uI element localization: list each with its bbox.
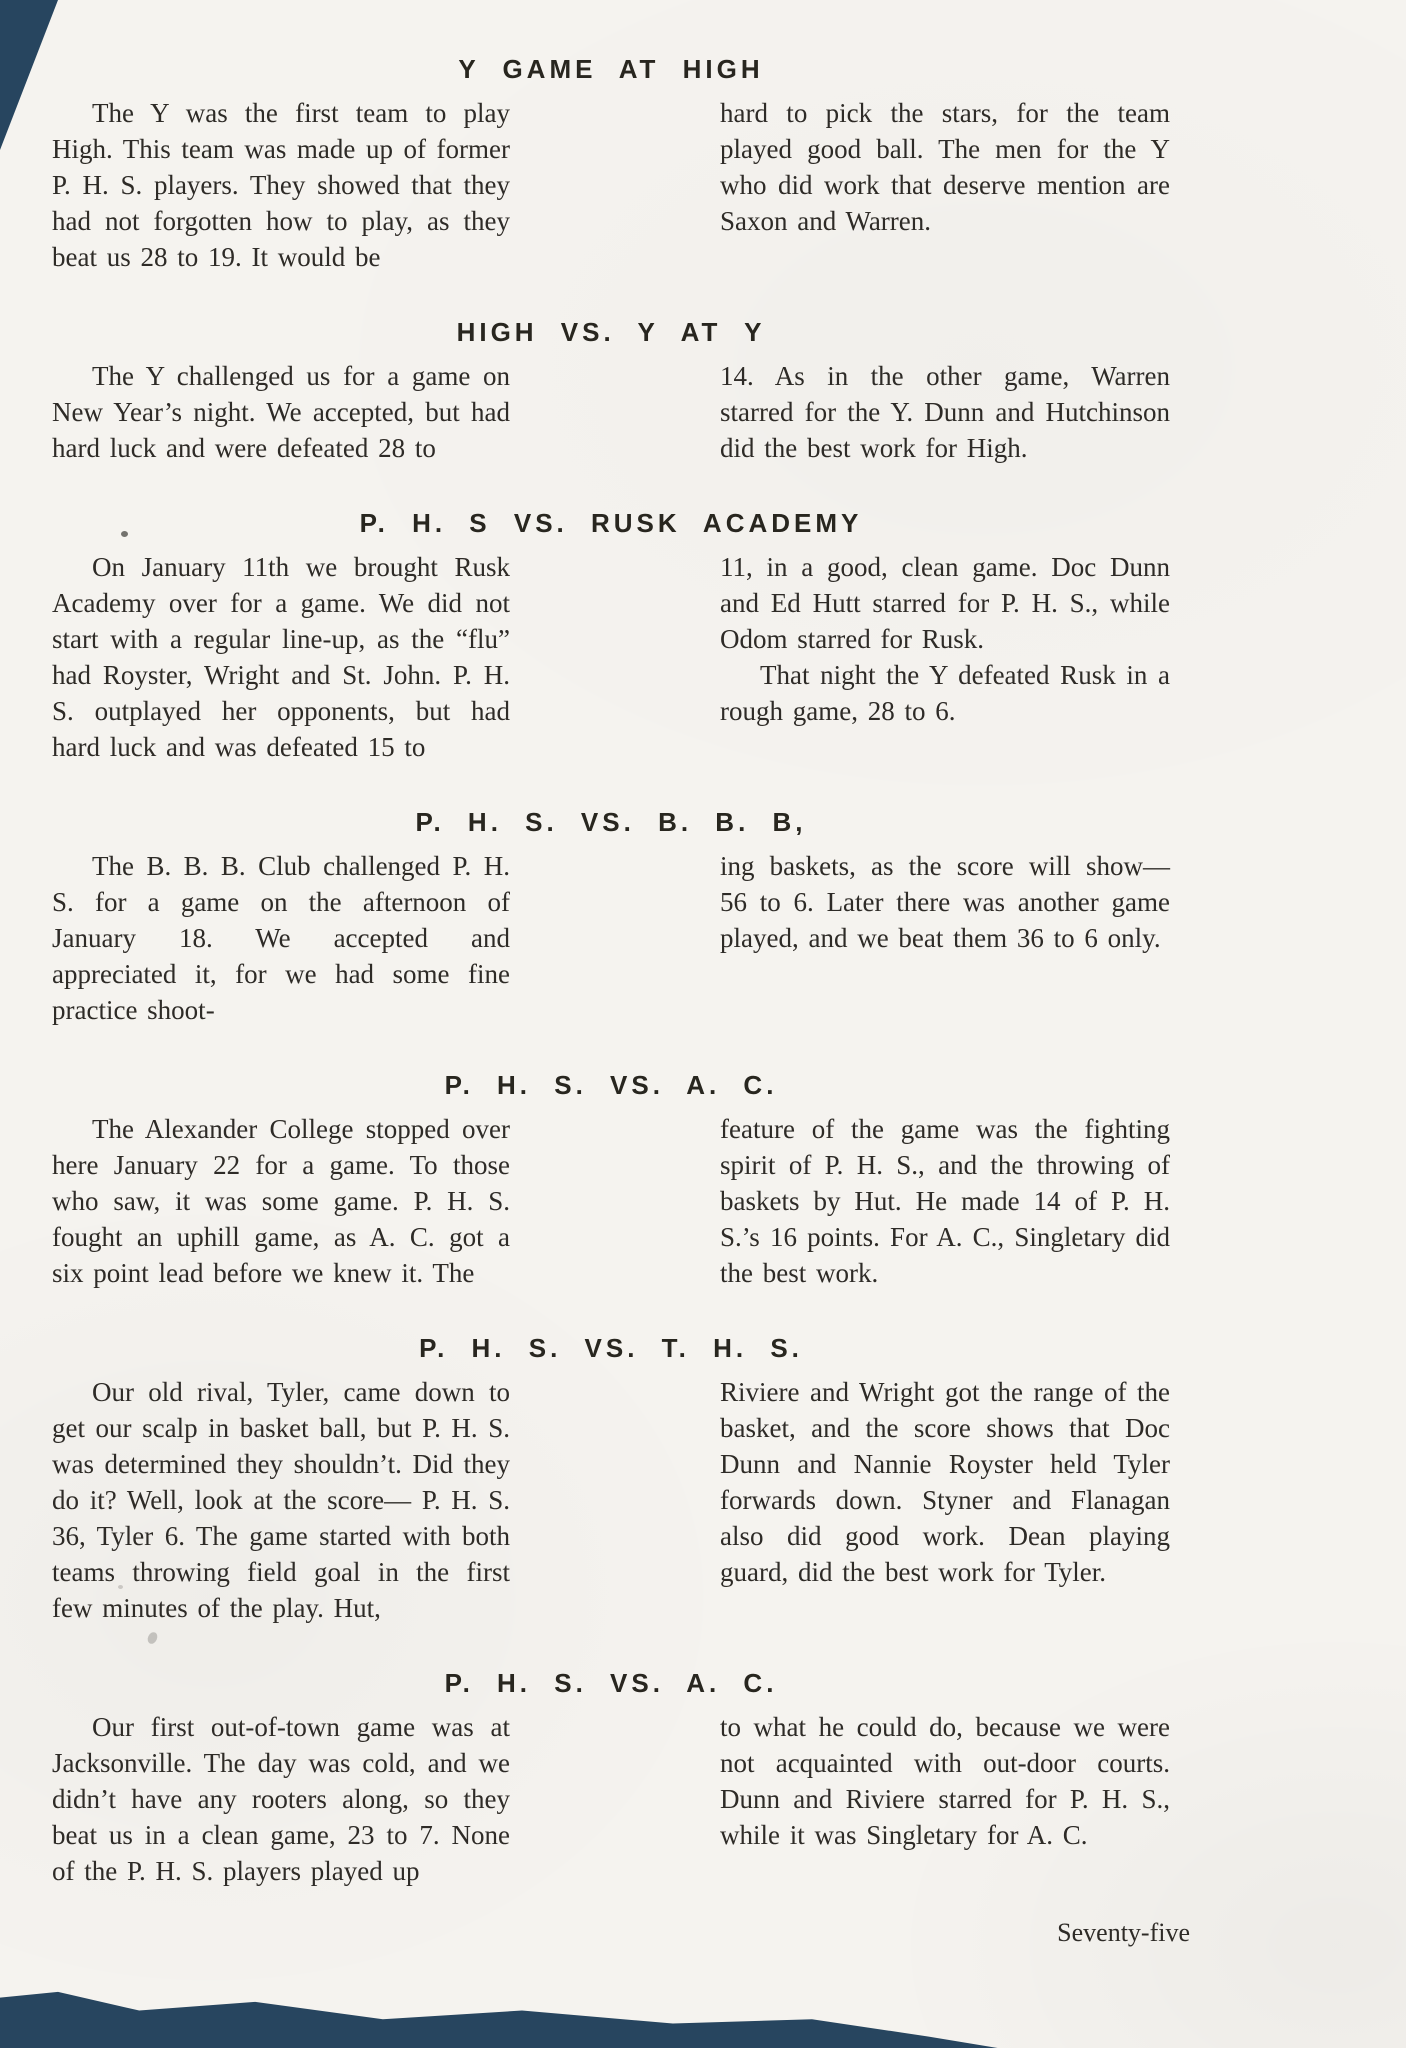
scan-edge-top-left: [0, 0, 58, 150]
two-column-text: The B. B. B. Club challenged P. H. S. fo…: [52, 848, 1170, 1028]
yearbook-page: Y GAME AT HIGH The Y was the first team …: [0, 0, 1406, 2048]
game-section: HIGH VS. Y AT Y The Y challenged us for …: [52, 319, 1170, 466]
paragraph: The Alexander College stopped over here …: [52, 1111, 510, 1291]
page-content: Y GAME AT HIGH The Y was the first team …: [52, 0, 1170, 1889]
two-column-text: On January 11th we brought Rusk Academy …: [52, 549, 1170, 765]
game-section: P. H. S VS. RUSK ACADEMY On January 11th…: [52, 510, 1170, 765]
col-left: The B. B. B. Club challenged P. H. S. fo…: [52, 848, 510, 1028]
col-right: hard to pick the stars, for the team pla…: [720, 95, 1170, 275]
col-right: 14. As in the other game, Warren starred…: [720, 358, 1170, 466]
two-column-text: The Y was the first team to play High. T…: [52, 95, 1170, 275]
paragraph: ing baskets, as the score will show— 56 …: [720, 848, 1170, 956]
col-left: Our first out-of-town game was at Jackso…: [52, 1709, 510, 1889]
paragraph: to what he could do, because we were not…: [720, 1709, 1170, 1853]
paragraph: That night the Y defeated Rusk in a roug…: [720, 657, 1170, 729]
col-right: 11, in a good, clean game. Doc Dunn and …: [720, 549, 1170, 765]
paragraph: feature of the game was the fighting spi…: [720, 1111, 1170, 1291]
game-section: P. H. S. VS. B. B. B, The B. B. B. Club …: [52, 809, 1170, 1028]
paragraph: On January 11th we brought Rusk Academy …: [52, 549, 510, 765]
col-right: to what he could do, because we were not…: [720, 1709, 1170, 1889]
col-right: feature of the game was the fighting spi…: [720, 1111, 1170, 1291]
paragraph: Riviere and Wright got the range of the …: [720, 1374, 1170, 1590]
col-left: On January 11th we brought Rusk Academy …: [52, 549, 510, 765]
col-left: The Y was the first team to play High. T…: [52, 95, 510, 275]
game-section: P. H. S. VS. A. C. The Alexander College…: [52, 1072, 1170, 1291]
two-column-text: Our first out-of-town game was at Jackso…: [52, 1709, 1170, 1889]
ink-speck: [118, 1585, 123, 1589]
two-column-text: Our old rival, Tyler, came down to get o…: [52, 1374, 1170, 1626]
ink-speck: [121, 531, 128, 537]
col-left: The Y challenged us for a game on New Ye…: [52, 358, 510, 466]
game-section: Y GAME AT HIGH The Y was the first team …: [52, 56, 1170, 275]
section-heading: Y GAME AT HIGH: [52, 56, 1170, 83]
section-heading: P. H. S. VS. T. H. S.: [52, 1335, 1170, 1362]
section-heading: P. H. S. VS. A. C.: [52, 1670, 1170, 1697]
page-number: Seventy-five: [1057, 1918, 1190, 1948]
section-heading: P. H. S. VS. B. B. B,: [52, 809, 1170, 836]
col-right: ing baskets, as the score will show— 56 …: [720, 848, 1170, 1028]
paragraph: The Y was the first team to play High. T…: [52, 95, 510, 275]
two-column-text: The Y challenged us for a game on New Ye…: [52, 358, 1170, 466]
section-heading: P. H. S VS. RUSK ACADEMY: [52, 510, 1170, 537]
paragraph: 11, in a good, clean game. Doc Dunn and …: [720, 549, 1170, 657]
sections: Y GAME AT HIGH The Y was the first team …: [52, 56, 1170, 1889]
paragraph: 14. As in the other game, Warren starred…: [720, 358, 1170, 466]
scan-edge-bottom: [0, 1976, 1160, 2048]
game-section: P. H. S. VS. T. H. S. Our old rival, Tyl…: [52, 1335, 1170, 1626]
section-heading: P. H. S. VS. A. C.: [52, 1072, 1170, 1099]
section-heading: HIGH VS. Y AT Y: [52, 319, 1170, 346]
game-section: P. H. S. VS. A. C. Our first out-of-town…: [52, 1670, 1170, 1889]
two-column-text: The Alexander College stopped over here …: [52, 1111, 1170, 1291]
paragraph: hard to pick the stars, for the team pla…: [720, 95, 1170, 239]
col-right: Riviere and Wright got the range of the …: [720, 1374, 1170, 1626]
paragraph: The Y challenged us for a game on New Ye…: [52, 358, 510, 466]
col-left: The Alexander College stopped over here …: [52, 1111, 510, 1291]
paragraph: The B. B. B. Club challenged P. H. S. fo…: [52, 848, 510, 1028]
paragraph: Our first out-of-town game was at Jackso…: [52, 1709, 510, 1889]
